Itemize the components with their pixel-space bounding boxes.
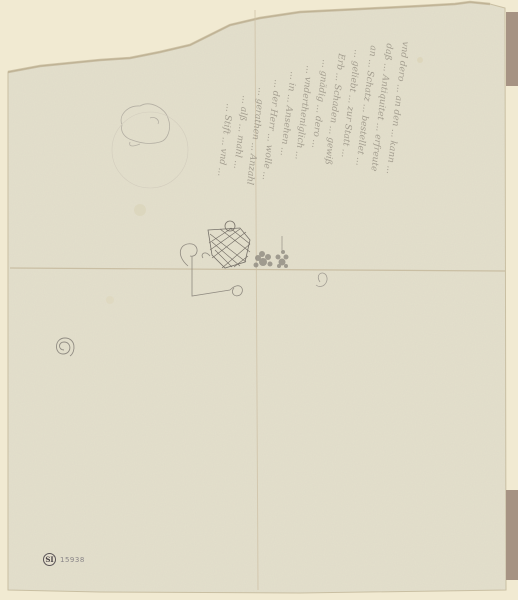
horizontal-fold <box>10 268 505 271</box>
inventory-number: 15938 <box>60 556 85 564</box>
mount-tab-bottom <box>506 490 518 580</box>
monogram-stamp-icon: SI <box>43 553 56 566</box>
spiral-sketch <box>56 338 74 356</box>
head-sketch <box>112 104 188 188</box>
scan-viewport: vnd dero ... an den ... kann ... daß ...… <box>0 0 518 600</box>
collection-stamp: SI 15938 <box>43 553 85 566</box>
mount-tab-top <box>506 12 518 86</box>
foliage-sketch <box>254 236 289 268</box>
lattice-flourish <box>180 221 250 296</box>
